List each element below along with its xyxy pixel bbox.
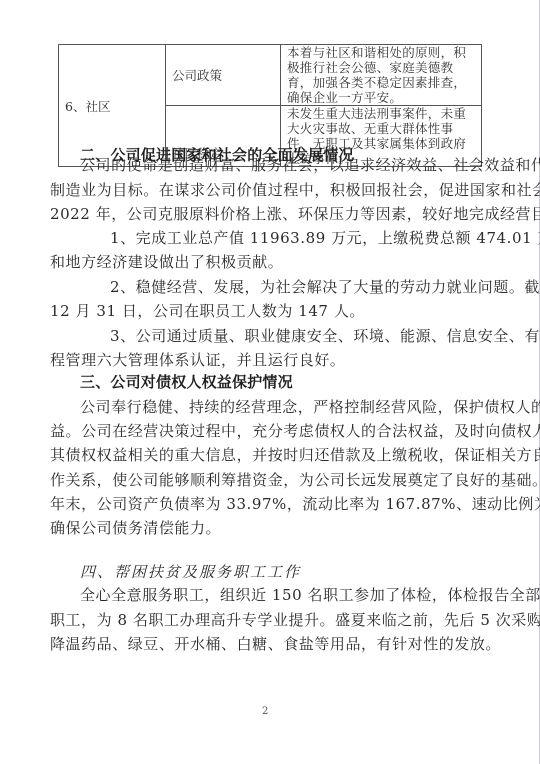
paragraph-line: 确保公司债务清偿能力。: [50, 519, 493, 537]
item-cell: 公司政策: [166, 45, 281, 106]
paragraph-line: 1、完成工业总产值 11963.89 万元，上缴税费总额 474.01 万元，为…: [50, 229, 493, 247]
paragraph-line: 和地方经济建设做出了积极贡献。: [50, 253, 493, 271]
paragraph-line: 其债权权益相关的重大信息，并按时归还借款及上缴税收，保证相关方良好的合: [50, 446, 493, 464]
paragraph-line: 12 月 31 日，公司在职员工人数为 147 人。: [50, 302, 493, 320]
paragraph-line: 公司奉行稳健、持续的经营理念，严格控制经营风险，保护债权人的长远利: [50, 398, 493, 416]
paragraph-line: 3、公司通过质量、职业健康安全、环境、能源、信息安全、有害物质过: [50, 327, 493, 345]
section-heading: 四、帮困扶贫及服务职工工作: [50, 563, 493, 581]
section-heading: 三、公司对债权人权益保护情况: [50, 373, 493, 391]
paragraph-line: 职工，为 8 名职工办理高升专学业提升。盛夏来临之前，先后 5 次采购防暑: [50, 611, 493, 629]
paragraph-line: 作关系，使公司能够顺利筹措资金，为公司长远发展奠定了良好的基础。2022: [50, 471, 493, 489]
paragraph-line: 公司的使命是创造财富、服务社会，以追求经济效益、社会效益和代表先进: [50, 156, 493, 174]
paragraph-line: 程管理六大管理体系认证，并且运行良好。: [50, 351, 493, 369]
paragraph-line: 益。公司在经营决策过程中，充分考虑债权人的合法权益，及时向债权人通报与: [50, 422, 493, 440]
paragraph-line: 2、稳健经营、发展，为社会解决了大量的劳动力就业问题。截止 2022 年: [50, 278, 493, 296]
table-row: 6、社区 公司政策 本着与社区和谐相处的原则，积极推行社会公德、家庭美德教育，加…: [59, 45, 482, 106]
paragraph-line: 年末，公司资产负债率为 33.97%，流动比率为 167.87%、速动比例为 1…: [50, 495, 493, 513]
paragraph-line: 全心全意服务职工，组织近 150 名职工参加了体检，体检报告全部发放给: [50, 586, 493, 604]
page-number: 2: [262, 706, 268, 717]
paragraph-line: 制造业为目标。在谋求公司价值过程中，积极回报社会，促进国家和社会发展。: [50, 181, 493, 199]
content-cell: 本着与社区和谐相处的原则，积极推行社会公德、家庭美德教育，加强各类不稳定因素排查…: [281, 45, 482, 106]
paragraph-line: 降温药品、绿豆、开水桶、白糖、食盐等用品，有针对性的发放。: [50, 635, 493, 653]
paragraph-line: 2022 年，公司克服原料价格上涨、环保压力等因素，较好地完成经营目标任务：: [50, 205, 493, 223]
